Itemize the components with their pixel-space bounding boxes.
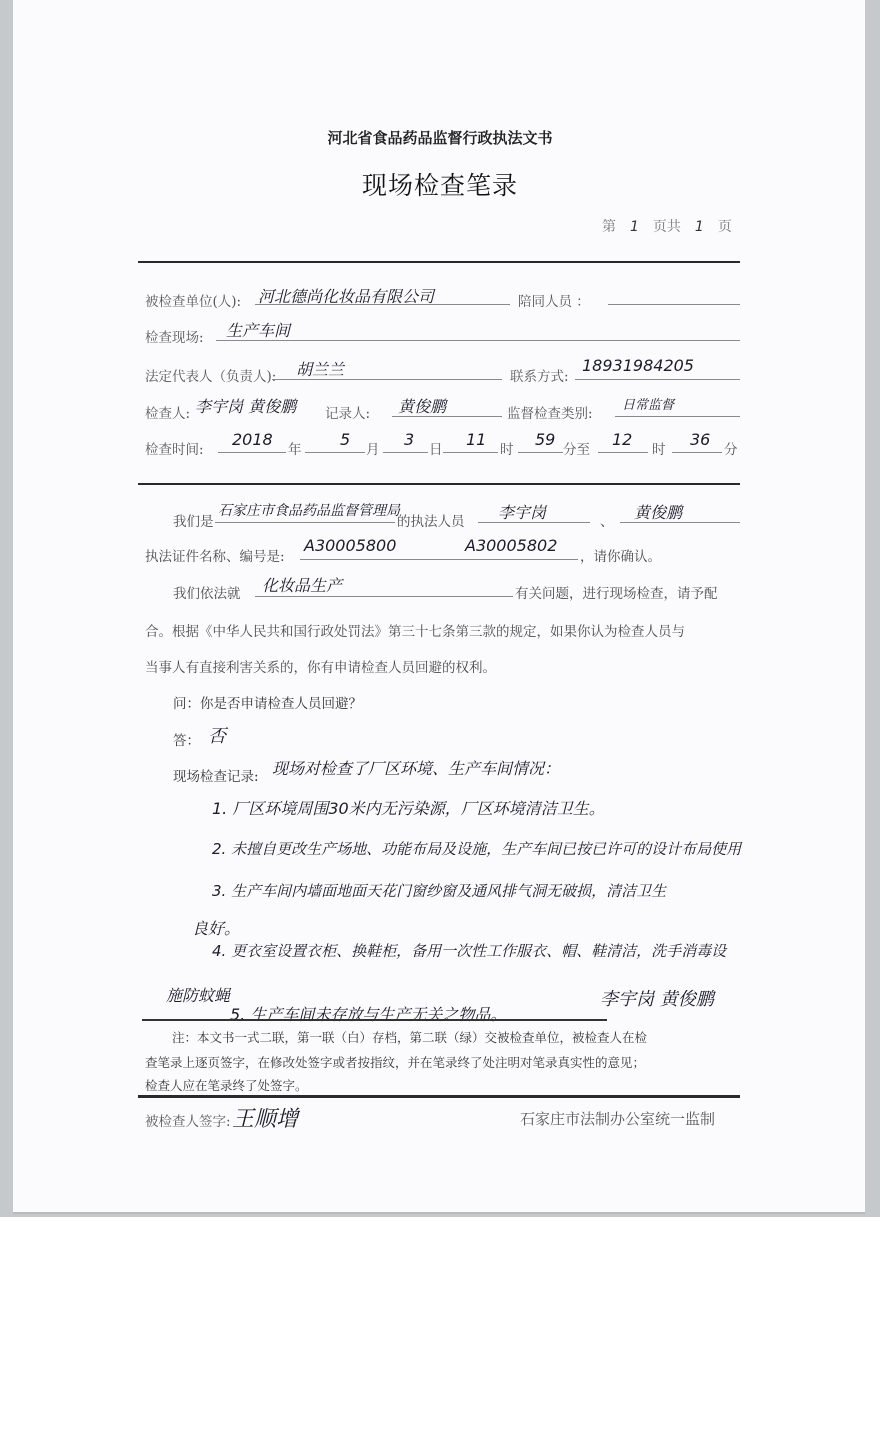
month-underline (305, 452, 365, 453)
officer1-underline (478, 522, 590, 523)
start-min-underline (518, 452, 563, 453)
statement-para2: 合。根据《中华人民共和国行政处罚法》第三十七条第三款的规定，如果你认为检查人员与 (145, 620, 685, 640)
agency-name-value[interactable]: 石家庄市食品药品监督管理局 (218, 500, 400, 520)
record-item-3-cont[interactable]: 良好。 (192, 916, 240, 939)
min-unit: 分 (724, 438, 738, 458)
confirm-text: ，请你确认。 (580, 545, 661, 565)
start-hour-underline (443, 452, 498, 453)
accompanying-underline (608, 304, 740, 305)
hour-unit-2: 时 (652, 438, 666, 458)
min-to-label: 分至 (563, 438, 590, 458)
agency-header: 河北省食品药品监督行政执法文书 (0, 127, 880, 148)
section-rule (138, 483, 740, 485)
day-unit: 日 (429, 438, 443, 458)
site-underline (216, 340, 740, 341)
inspected-unit-label: 被检查单位(人): (145, 290, 241, 310)
cert-underline (300, 559, 578, 560)
we-are-label: 我们是 (173, 510, 214, 530)
subject-value[interactable]: 化妆品生产 (262, 573, 342, 596)
recorder-value[interactable]: 黄俊鹏 (398, 394, 446, 417)
by-law-suffix: 有关问题，进行现场检查，请予配 (515, 582, 718, 602)
officer2-underline (620, 522, 740, 523)
day-underline (383, 452, 428, 453)
avoidance-question: 问：你是否申请检查人员回避？ (173, 692, 362, 712)
issuer-text: 石家庄市法制办公室统一监制 (520, 1108, 715, 1129)
inspectors-label: 检查人: (145, 402, 190, 422)
record-item-5[interactable]: 5. 生产车间未存放与生产无关之物品。 (230, 1002, 506, 1025)
pages-label: 页 (718, 219, 732, 235)
inspectors-value[interactable]: 李宇岗 黄俊鹏 (195, 394, 296, 417)
time-year[interactable]: 2018 (232, 430, 273, 449)
cert2-value[interactable]: A30005802 (465, 536, 557, 555)
record-item-3[interactable]: 3. 生产车间内墙面地面天花门窗纱窗及通风排气洞无破损，清洁卫生 (212, 880, 666, 901)
inspected-unit-underline (255, 304, 510, 305)
record-label: 现场检查记录: (173, 765, 259, 785)
time-end-hour[interactable]: 12 (612, 430, 632, 449)
note-line-3: 检查人应在笔录终了处签字。 (145, 1076, 308, 1094)
officer1-value[interactable]: 李宇岗 (498, 500, 546, 523)
accompanying-label: 陪同人员 ： (518, 290, 590, 310)
legal-rep-value[interactable]: 胡兰兰 (296, 357, 344, 380)
record-item-1[interactable]: 1. 厂区环境周围30米内无污染源，厂区环境清洁卫生。 (212, 796, 605, 819)
end-min-underline (672, 452, 722, 453)
cert1-value[interactable]: A30005800 (304, 536, 396, 555)
signer-value[interactable]: 王顺增 (232, 1102, 298, 1133)
page-total: 1 (685, 219, 713, 235)
legal-rep-label: 法定代表人（负责人): (145, 365, 276, 385)
year-unit: 年 (288, 438, 302, 458)
agency-name-underline (215, 522, 395, 523)
recorder-label: 记录人: (325, 402, 370, 422)
answer-label: 答： (173, 729, 200, 749)
time-day[interactable]: 3 (404, 430, 414, 449)
legal-rep-underline (272, 379, 502, 380)
cert-label: 执法证件名称、编号是: (145, 545, 285, 565)
year-underline (218, 452, 286, 453)
page-label: 第 (602, 219, 616, 235)
page-current: 1 (620, 219, 648, 235)
inspection-type-underline (615, 416, 740, 417)
note-line-1: 注：本文书一式二联，第一联（白）存档，第二联（绿）交被检查单位，被检查人在检 (172, 1028, 647, 1046)
note-line-2: 查笔录上逐页签字，在修改处签字或者按指纹，并在笔录终了处注明对笔录真实性的意见； (145, 1053, 645, 1071)
document-title: 现场检查笔录 (0, 166, 880, 202)
header-rule (138, 261, 740, 263)
contact-value[interactable]: 18931984205 (582, 356, 694, 375)
signer-label: 被检查人签字: (145, 1110, 231, 1130)
by-law-prefix: 我们依法就 (173, 582, 241, 602)
footer-rule (138, 1095, 740, 1098)
record-intro[interactable]: 现场对检查了厂区环境、生产车间情况： (272, 756, 560, 779)
record-item-2[interactable]: 2. 未擅自更改生产场地、功能布局及设施，生产车间已按已许可的设计布局使用 (212, 838, 741, 859)
officer-separator: 、 (600, 510, 614, 530)
time-end-min[interactable]: 36 (690, 430, 710, 449)
month-unit: 月 (366, 438, 380, 458)
site-value[interactable]: 生产车间 (226, 318, 290, 341)
time-start-hour[interactable]: 11 (466, 430, 486, 449)
inspection-type-value[interactable]: 日常监督 (622, 394, 674, 413)
record-item-4[interactable]: 4. 更衣室设置衣柜、换鞋柜，备用一次性工作服衣、帽、鞋清洁，洗手消毒设 (212, 940, 726, 961)
inspection-type-label: 监督检查类别: (507, 402, 593, 422)
answer-value[interactable]: 否 (208, 722, 226, 748)
end-hour-underline (598, 452, 648, 453)
officers-label: 的执法人员 (397, 510, 465, 530)
time-label: 检查时间: (145, 438, 204, 458)
time-month[interactable]: 5 (340, 430, 350, 449)
contact-underline (575, 379, 740, 380)
record-item-4-cont[interactable]: 施防蚊蝇 (166, 983, 230, 1006)
hour-unit: 时 (500, 438, 514, 458)
subject-underline (255, 596, 513, 597)
contact-label: 联系方式: (510, 365, 569, 385)
page-of-label: 页共 (653, 219, 681, 235)
time-start-min[interactable]: 59 (535, 430, 555, 449)
officer2-value[interactable]: 黄俊鹏 (634, 500, 682, 523)
record-end-line (142, 1019, 607, 1021)
pagination: 第 1 页共 1 页 (602, 216, 732, 236)
statement-para3: 当事人有直接利害关系的，你有申请检查人员回避的权利。 (145, 656, 496, 676)
site-label: 检查现场: (145, 326, 204, 346)
record-signatures[interactable]: 李宇岗 黄俊鹏 (600, 985, 714, 1011)
recorder-underline (392, 416, 502, 417)
